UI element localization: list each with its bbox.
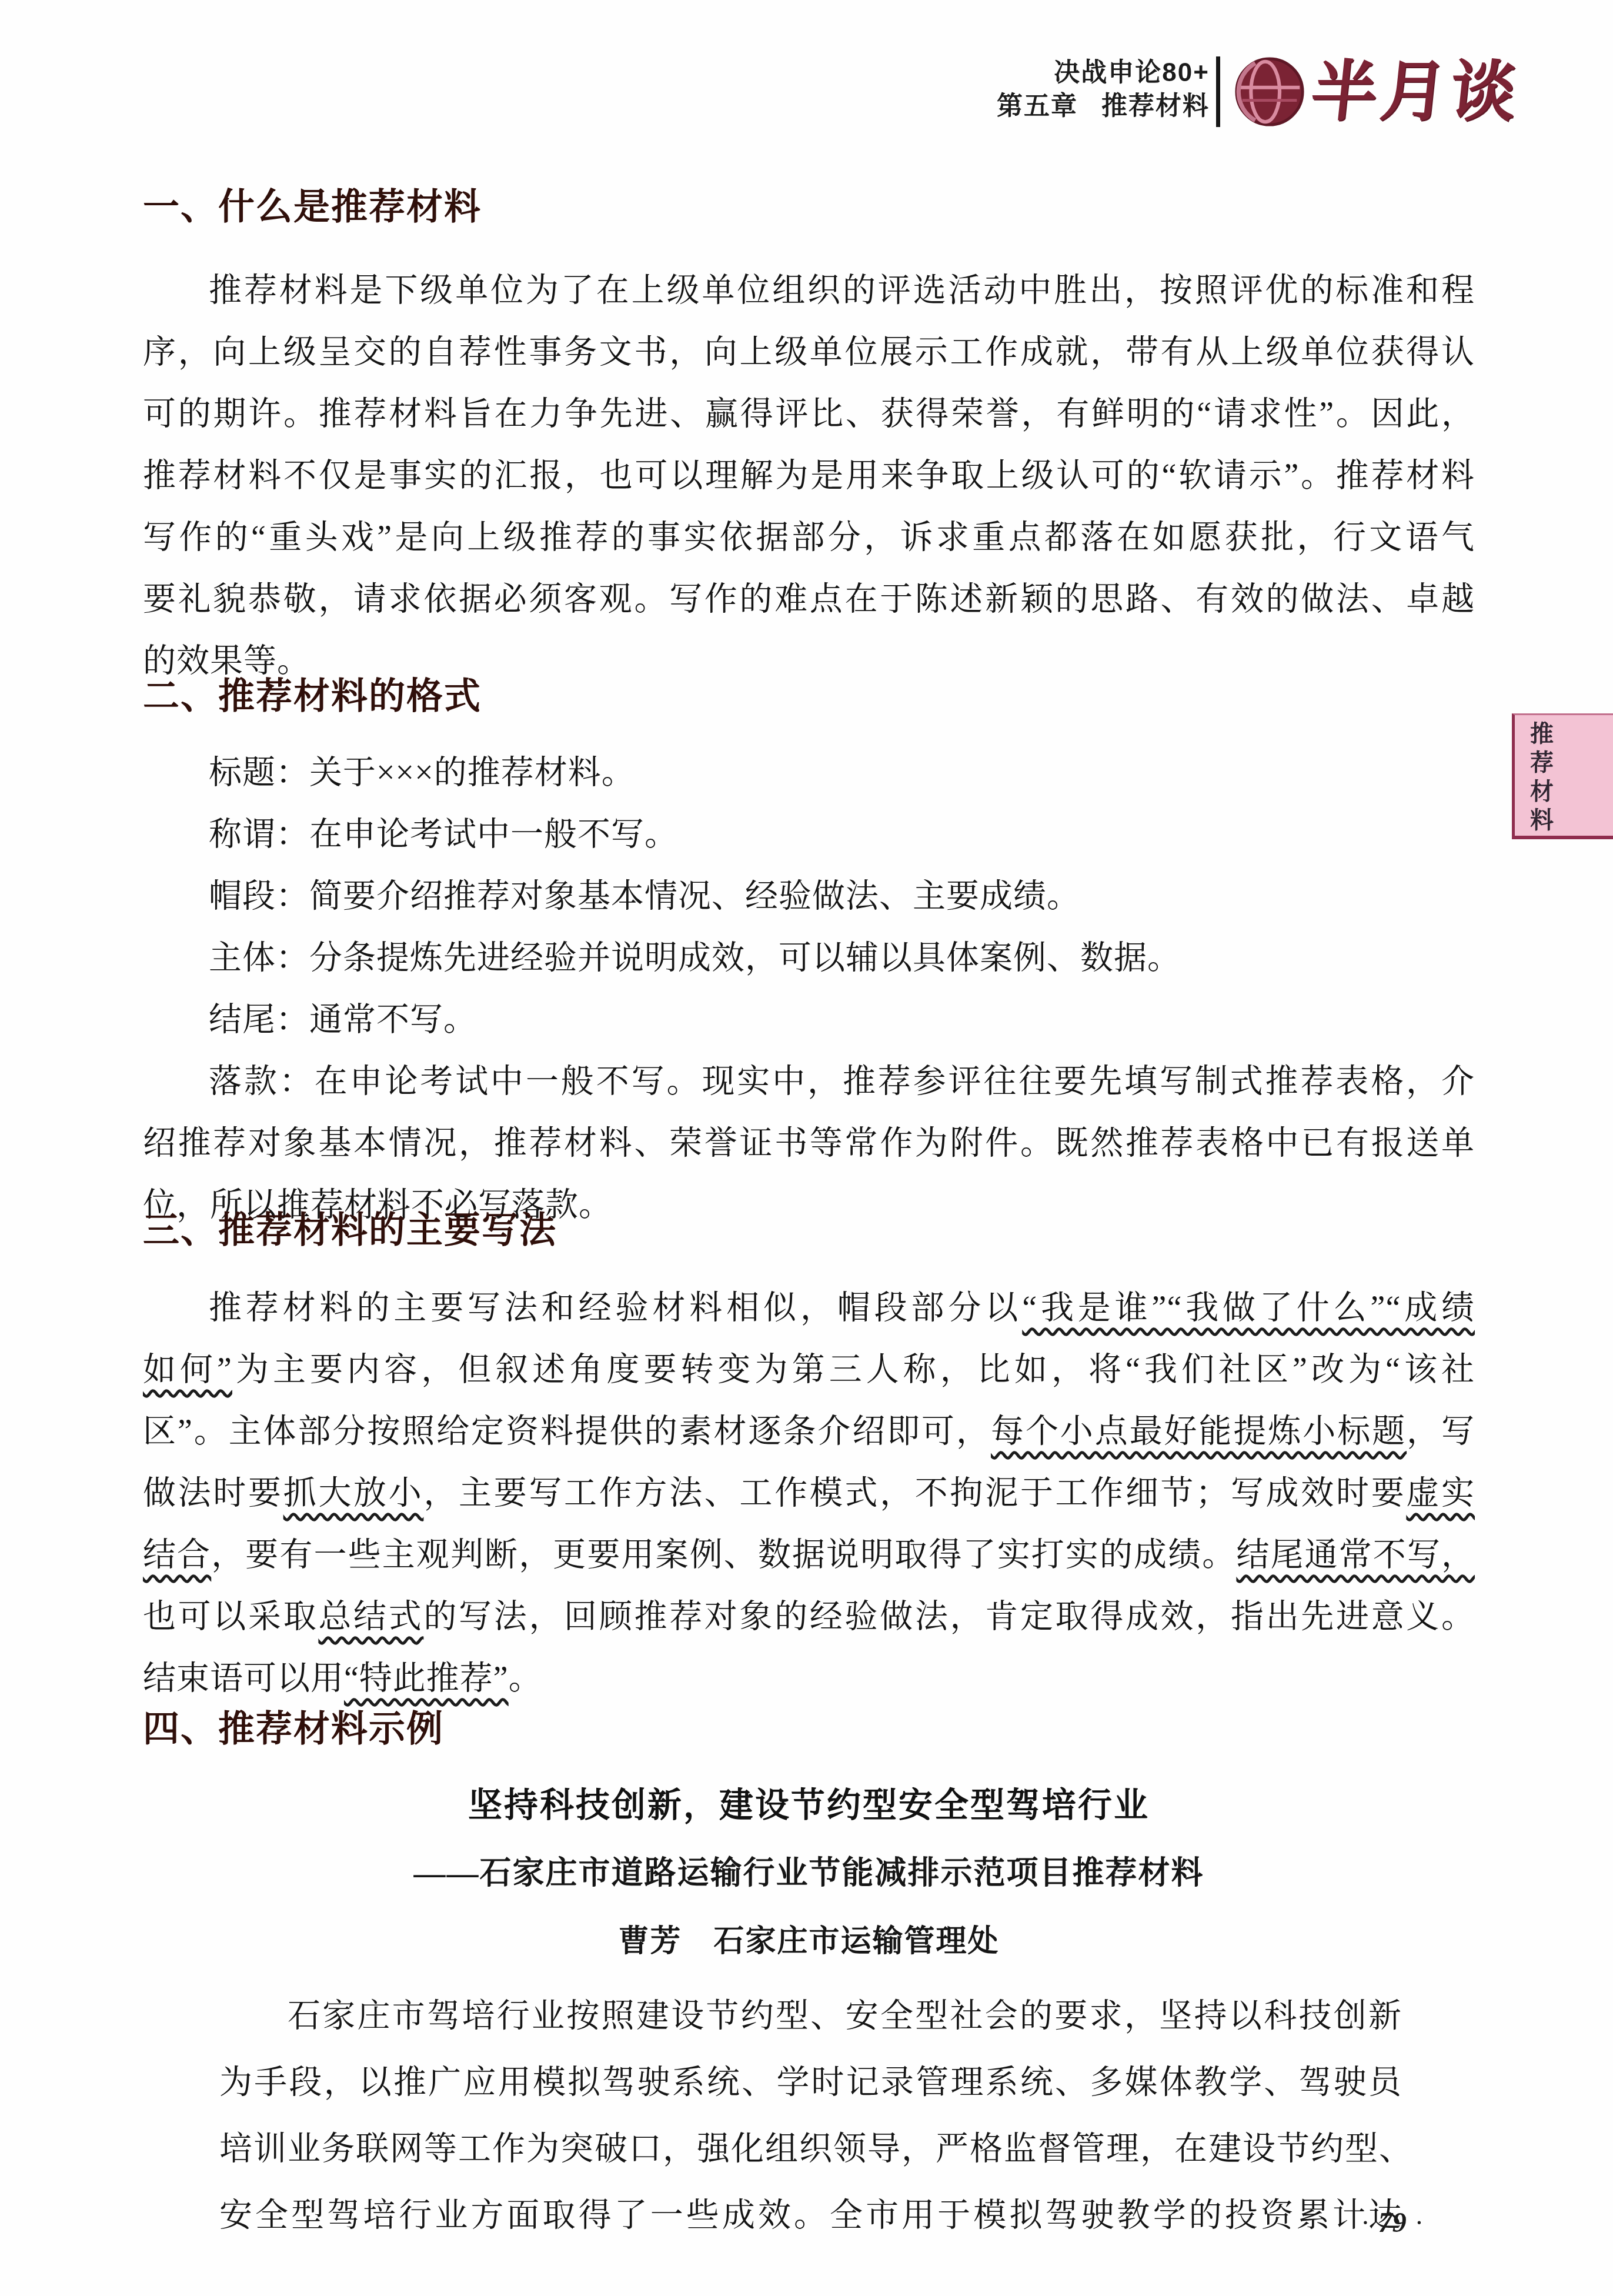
page-header: 决战申论80+ 第五章推荐材料 (997, 56, 1210, 124)
page-number-dot: · (1361, 2208, 1370, 2238)
format-item: 标题：关于×××的推荐材料。 (143, 742, 1475, 804)
format-item: 称谓：在申论考试中一般不写。 (143, 804, 1475, 866)
emphasized-run: 抓大放小 (283, 1475, 424, 1511)
paragraph-line: 要礼貌恭敬，请求依据必须客观。写作的难点在于陈述新颖的思路、有效的做法、卓越 (143, 569, 1475, 630)
example-title: 坚持科技创新，建设节约型安全型驾培行业 (143, 1777, 1475, 1827)
paragraph-line: 绍推荐对象基本情况，推荐材料、荣誉证书等常作为附件。既然推荐表格中已有报送单 (143, 1113, 1475, 1174)
side-tab-char: 推 (1530, 720, 1613, 748)
paragraph-line: 序，向上级呈交的自荐性事务文书，向上级单位展示工作成就，带有从上级单位获得认 (143, 322, 1475, 383)
header-divider (1216, 56, 1220, 127)
banyuetan-logo: 半月谈 (1234, 51, 1520, 133)
chapter-title: 推荐材料 (1101, 92, 1210, 121)
chapter-side-tab: 推 荐 材 料 (1512, 713, 1613, 839)
emphasized-run: “我是谁”“我做了什么”“成绩 (1022, 1290, 1475, 1326)
paragraph-line: 推荐材料的主要写法和经验材料相似，帽段部分以“我是谁”“我做了什么”“成绩 (143, 1277, 1475, 1339)
side-tab-char: 荐 (1530, 749, 1613, 777)
example-author: 曹芳 石家庄市运输管理处 (143, 1916, 1475, 1960)
format-item: 落款：在申论考试中一般不写。现实中，推荐参评往往要先填写制式推荐表格，介 (143, 1051, 1475, 1113)
text-run: 结束语可以用 (143, 1660, 344, 1697)
paragraph-line: 结束语可以用“特此推荐”。 (143, 1648, 1475, 1710)
example-line: 为手段，以推广应用模拟驾驶系统、学时记录管理系统、多媒体教学、驾驶员 (219, 2050, 1402, 2116)
text-run: 推荐材料的主要写法和经验材料相似，帽段部分以 (209, 1290, 1022, 1326)
example-line: 石家庄市驾培行业按照建设节约型、安全型社会的要求，坚持以科技创新 (219, 1983, 1402, 2050)
side-tab-char: 料 (1530, 806, 1613, 835)
section1-heading-row: 一、什么是推荐材料 (143, 187, 1475, 228)
section3-heading-row: 三、推荐材料的主要写法 (143, 1210, 1475, 1252)
emphasized-run: 如何” (143, 1351, 232, 1388)
side-tab-char: 材 (1530, 777, 1613, 806)
text-run: 也可以采取 (143, 1598, 318, 1635)
text-run: 为主要内容，但叙述角度要转变为第三人称，比如，将“我们社区”改为“该社 (232, 1351, 1475, 1388)
example-line: 安全型驾培行业方面取得了一些成效。全市用于模拟驾驶教学的投资累计达 (219, 2182, 1402, 2249)
paragraph-line: 推荐材料不仅是事实的汇报，也可以理解为是用来争取上级认可的“软请示”。推荐材料 (143, 445, 1475, 507)
page-number-value: 79 (1370, 2207, 1415, 2238)
emphasized-run: 虚实 (1406, 1475, 1475, 1511)
logo-wordmark: 半月谈 (1308, 56, 1524, 128)
text-run: ，要有一些主观判断，更要用案例、数据说明取得了实打实的成绩。 (211, 1537, 1236, 1573)
paragraph-line: 做法时要抓大放小，主要写工作方法、工作模式，不拘泥于工作细节；写成效时要虚实 (143, 1463, 1475, 1524)
text-run: 做法时要 (143, 1475, 283, 1511)
section2-heading: 二、推荐材料的格式 (143, 676, 1475, 717)
format-item: 帽段：简要介绍推荐对象基本情况、经验做法、主要成绩。 (143, 866, 1475, 927)
text-run: ，主要写工作方法、工作模式，不拘泥于工作细节；写成效时要 (423, 1475, 1406, 1511)
paragraph-line: 区”。主体部分按照给定资料提供的素材逐条介绍即可，每个小点最好能提炼小标题，写 (143, 1401, 1475, 1463)
chapter-label: 第五章 (997, 92, 1078, 121)
example-subtitle: ——石家庄市道路运输行业节能减排示范项目推荐材料 (143, 1848, 1475, 1893)
page-number-dot: · (1415, 2208, 1424, 2238)
book-series-title: 决战申论80+ (997, 56, 1210, 89)
text-run: 的写法，回顾推荐对象的经验做法，肯定取得成效，指出先进意义。 (423, 1598, 1475, 1635)
example-paragraph: 石家庄市驾培行业按照建设节约型、安全型社会的要求，坚持以科技创新 为手段，以推广… (219, 1983, 1402, 2249)
section1-heading: 一、什么是推荐材料 (143, 187, 1475, 228)
chapter-heading: 第五章推荐材料 (997, 89, 1210, 124)
section3-heading: 三、推荐材料的主要写法 (143, 1210, 1475, 1252)
example-line: 培训业务联网等工作为突破口，强化组织领导，严格监督管理，在建设节约型、 (219, 2116, 1402, 2182)
section4-heading: 四、推荐材料示例 (143, 1709, 1475, 1750)
paragraph-line: 如何”为主要内容，但叙述角度要转变为第三人称，比如，将“我们社区”改为“该社 (143, 1339, 1475, 1401)
section2-format-list: 标题：关于×××的推荐材料。 称谓：在申论考试中一般不写。 帽段：简要介绍推荐对… (143, 742, 1475, 1236)
format-item: 结尾：通常不写。 (143, 989, 1475, 1051)
section2-heading-row: 二、推荐材料的格式 (143, 676, 1475, 717)
emphasized-run: 结尾通常不写， (1236, 1537, 1475, 1573)
section4-heading-row: 四、推荐材料示例 (143, 1709, 1475, 1750)
paragraph-line: 可的期许。推荐材料旨在力争先进、赢得评比、获得荣誉，有鲜明的“请求性”。因此， (143, 383, 1475, 445)
emphasized-run: 每个小点最好能提炼小标题 (991, 1413, 1407, 1450)
example-author-row: 曹芳 石家庄市运输管理处 (143, 1916, 1475, 1960)
scanned-book-page: 决战申论80+ 第五章推荐材料 半月谈 推 荐 材 料 一、什么是推荐材料 推荐… (0, 0, 1613, 2296)
paragraph-line: 写作的“重头戏”是向上级推荐的事实依据部分，诉求重点都落在如愿获批，行文语气 (143, 507, 1475, 569)
globe-icon (1234, 56, 1305, 128)
paragraph-line: 结合，要有一些主观判断，更要用案例、数据说明取得了实打实的成绩。结尾通常不写， (143, 1524, 1475, 1586)
section1-paragraph: 推荐材料是下级单位为了在上级单位组织的评选活动中胜出，按照评优的标准和程 序，向… (143, 260, 1475, 692)
paragraph-line: 推荐材料是下级单位为了在上级单位组织的评选活动中胜出，按照评优的标准和程 (143, 260, 1475, 322)
emphasized-run: “特此推荐” (344, 1660, 509, 1697)
text-run: 区”。主体部分按照给定资料提供的素材逐条介绍即可， (143, 1413, 991, 1450)
page-number: ·79· (1361, 2207, 1424, 2239)
example-title-row: 坚持科技创新，建设节约型安全型驾培行业 (143, 1777, 1475, 1827)
section3-paragraph: 推荐材料的主要写法和经验材料相似，帽段部分以“我是谁”“我做了什么”“成绩 如何… (143, 1277, 1475, 1710)
format-item: 主体：分条提炼先进经验并说明成效，可以辅以具体案例、数据。 (143, 927, 1475, 989)
emphasized-run: 结合 (143, 1537, 211, 1573)
emphasized-run: 总结式 (318, 1598, 423, 1635)
text-run: ，写 (1407, 1413, 1475, 1450)
text-run: 。 (509, 1660, 542, 1697)
example-subtitle-row: ——石家庄市道路运输行业节能减排示范项目推荐材料 (143, 1848, 1475, 1893)
paragraph-line: 也可以采取总结式的写法，回顾推荐对象的经验做法，肯定取得成效，指出先进意义。 (143, 1586, 1475, 1648)
